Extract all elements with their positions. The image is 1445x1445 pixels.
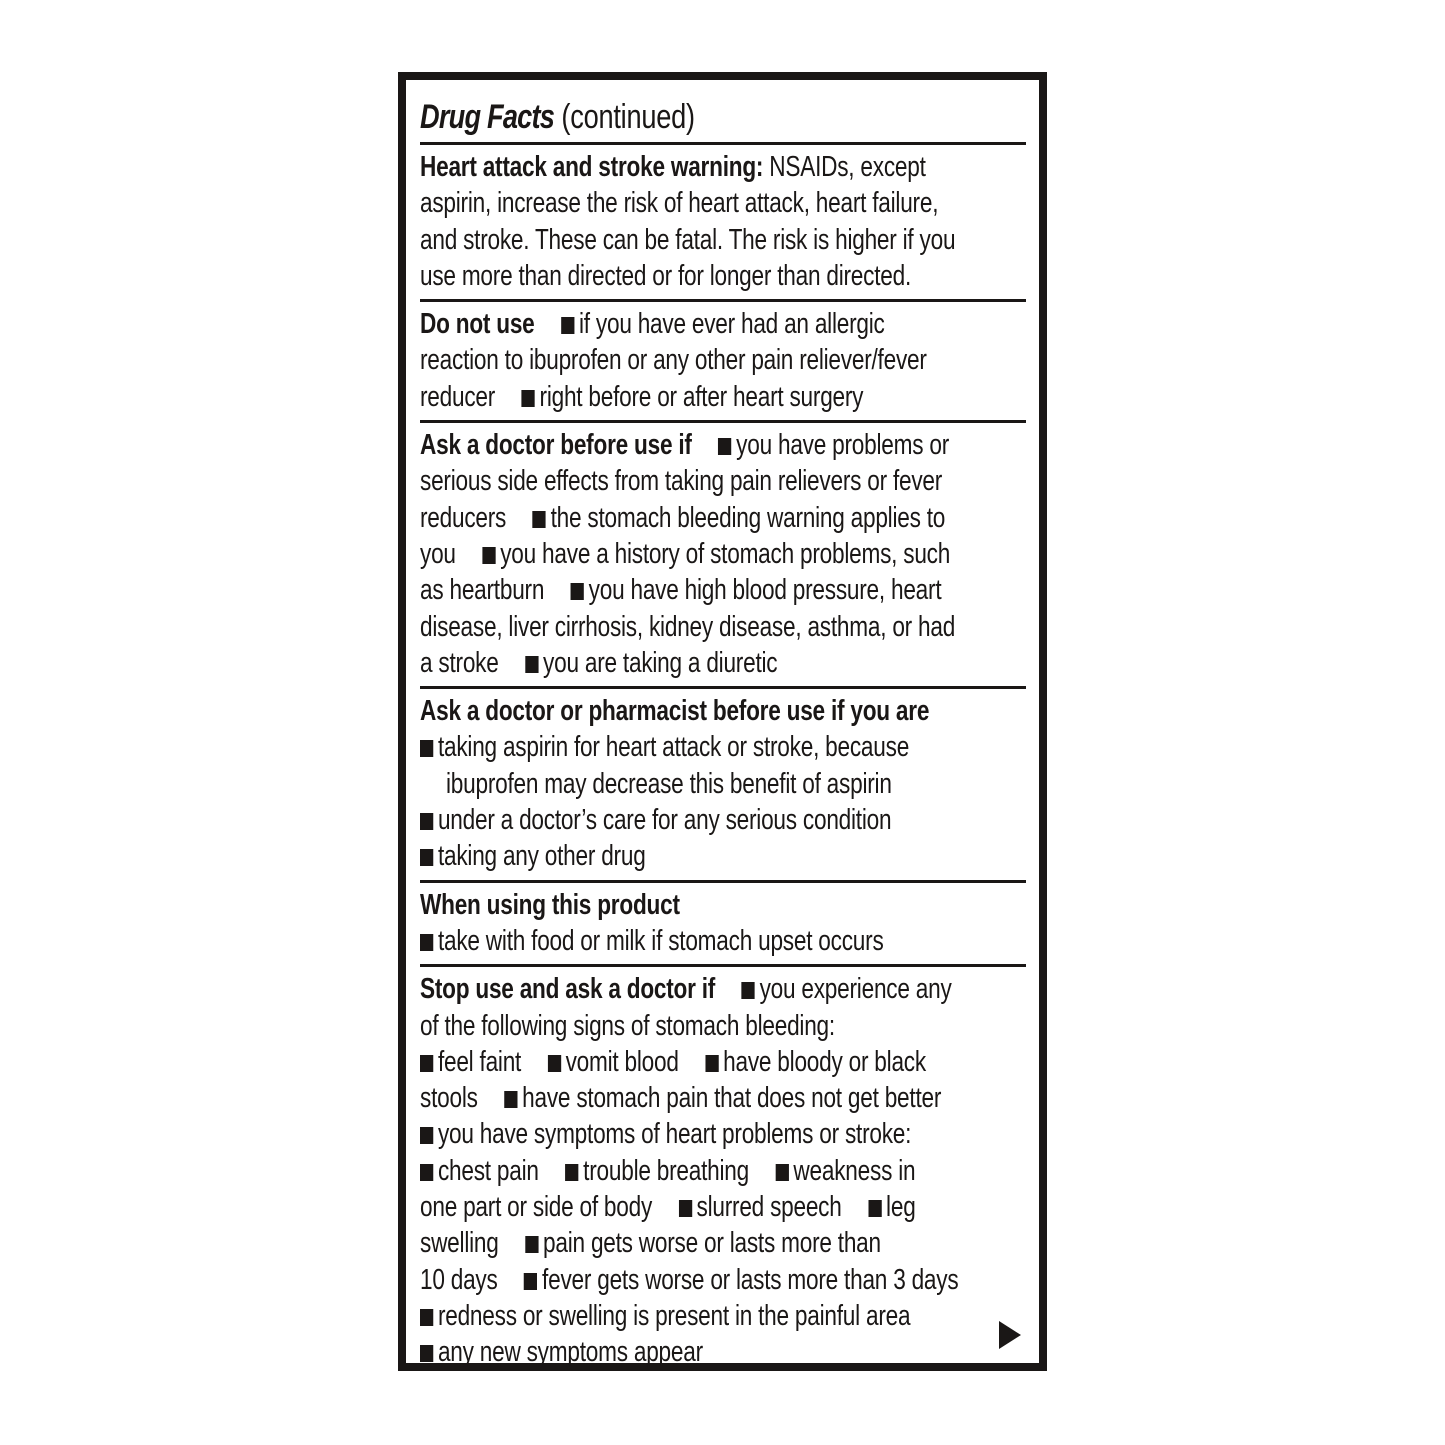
stop-use-heading: Stop use and ask a doctor if [420,973,715,1005]
when-using-heading: When using this product [420,889,680,921]
list-item-text: the stomach bleeding warning applies to [551,502,946,534]
list-item-text: have stomach pain that does not get bett… [522,1082,941,1114]
heart-warning-text: use more than directed or for longer tha… [420,258,911,294]
list-item-text: one part or side of body [420,1191,652,1223]
list-item-text: taking any other drug [438,840,646,872]
bullet-square-icon [533,511,546,528]
list-item-text: if you have ever had an allergic [579,308,885,340]
drug-facts-panel: Drug Facts (continued) Heart attack and … [398,72,1047,1371]
list-item-text: you have a history of stomach problems, … [500,538,950,570]
section-ask-doctor-pharmacist: Ask a doctor or pharmacist before use if… [420,689,1033,879]
section-stop-use: Stop use and ask a doctor ifyou experien… [420,967,1033,1375]
list-item-text: you have high blood pressure, heart [589,574,942,606]
section-ask-doctor: Ask a doctor before use ifyou have probl… [420,423,1033,686]
bullet-square-icon [565,1164,578,1181]
bullet-square-icon [420,1055,433,1072]
bullet-square-icon [420,849,433,866]
section-do-not-use: Do not useif you have ever had an allerg… [420,302,1033,420]
list-item-text: a stroke [420,647,499,679]
list-item-text: ibuprofen may decrease this benefit of a… [446,766,892,802]
do-not-use-heading: Do not use [420,308,535,340]
title-suffix: (continued) [561,98,694,136]
drug-facts-content: Drug Facts (continued) Heart attack and … [420,94,1033,1376]
bullet-square-icon [548,1055,561,1072]
list-item-text: taking aspirin for heart attack or strok… [438,731,909,763]
list-item-text: reducers [420,502,506,534]
list-item-text: feel faint [438,1046,521,1078]
list-item-text: you have symptoms of heart problems or s… [438,1118,911,1150]
list-item-text: stools [420,1082,478,1114]
heart-warning-text: aspirin, increase the risk of heart atta… [420,185,938,221]
bullet-square-icon [742,982,755,999]
bullet-square-icon [522,390,535,407]
list-item-text: you experience any [760,973,952,1005]
bullet-square-icon [775,1164,788,1181]
list-item-text: under a doctor’s care for any serious co… [438,804,891,836]
bullet-square-icon [868,1200,881,1217]
list-item-text: trouble breathing [583,1155,749,1187]
heart-warning-heading: Heart attack and stroke warning: [420,151,763,183]
list-item-text: reaction to ibuprofen or any other pain … [420,342,927,378]
list-item-text: serious side effects from taking pain re… [420,463,942,499]
list-item-text: have bloody or black [723,1046,926,1078]
list-item-text: any new symptoms appear [438,1336,703,1368]
list-item-text: disease, liver cirrhosis, kidney disease… [420,609,955,645]
continue-arrow-icon [999,1321,1021,1349]
bullet-square-icon [561,317,574,334]
list-item-text: you [420,538,456,570]
bullet-square-icon [504,1091,517,1108]
list-item-text: you are taking a diuretic [543,647,777,679]
bullet-square-icon [420,1127,433,1144]
bullet-square-icon [420,1309,433,1326]
bullet-square-icon [420,740,433,757]
bullet-square-icon [525,656,538,673]
list-item-text: redness or swelling is present in the pa… [438,1300,910,1332]
bullet-square-icon [482,547,495,564]
panel-title: Drug Facts (continued) [420,94,1033,142]
list-item-text: take with food or milk if stomach upset … [438,925,884,957]
list-item-text: you have problems or [736,429,949,461]
bullet-square-icon [420,934,433,951]
bullet-square-icon [679,1200,692,1217]
bullet-square-icon [705,1055,718,1072]
list-item-text: slurred speech [697,1191,842,1223]
heart-warning-text: and stroke. These can be fatal. The risk… [420,222,955,258]
list-item-text: vomit blood [566,1046,679,1078]
title-main: Drug Facts [420,98,554,136]
ask-doctor-pharmacist-heading: Ask a doctor or pharmacist before use if… [420,695,929,727]
ask-doctor-heading: Ask a doctor before use if [420,429,692,461]
section-when-using: When using this product take with food o… [420,883,1033,965]
list-item-text: pain gets worse or lasts more than [543,1227,881,1259]
bullet-square-icon [525,1236,538,1253]
bullet-square-icon [524,1273,537,1290]
list-item-text: fever gets worse or lasts more than 3 da… [542,1264,958,1296]
list-item-text: leg [886,1191,915,1223]
heart-warning-text: NSAIDs, except [763,151,925,183]
bullet-square-icon [571,583,584,600]
list-item-text: as heartburn [420,574,544,606]
list-item-text: right before or after heart surgery [540,381,864,413]
list-item-text: weakness in [793,1155,915,1187]
bullet-square-icon [420,1164,433,1181]
bullet-square-icon [420,813,433,830]
list-item-text: 10 days [420,1264,498,1296]
section-heart-warning: Heart attack and stroke warning: NSAIDs,… [420,145,1033,299]
list-item-text: reducer [420,381,495,413]
list-item-text: of the following signs of stomach bleedi… [420,1008,835,1044]
list-item-text: chest pain [438,1155,539,1187]
bullet-square-icon [420,1345,433,1362]
bullet-square-icon [718,438,731,455]
list-item-text: swelling [420,1227,499,1259]
